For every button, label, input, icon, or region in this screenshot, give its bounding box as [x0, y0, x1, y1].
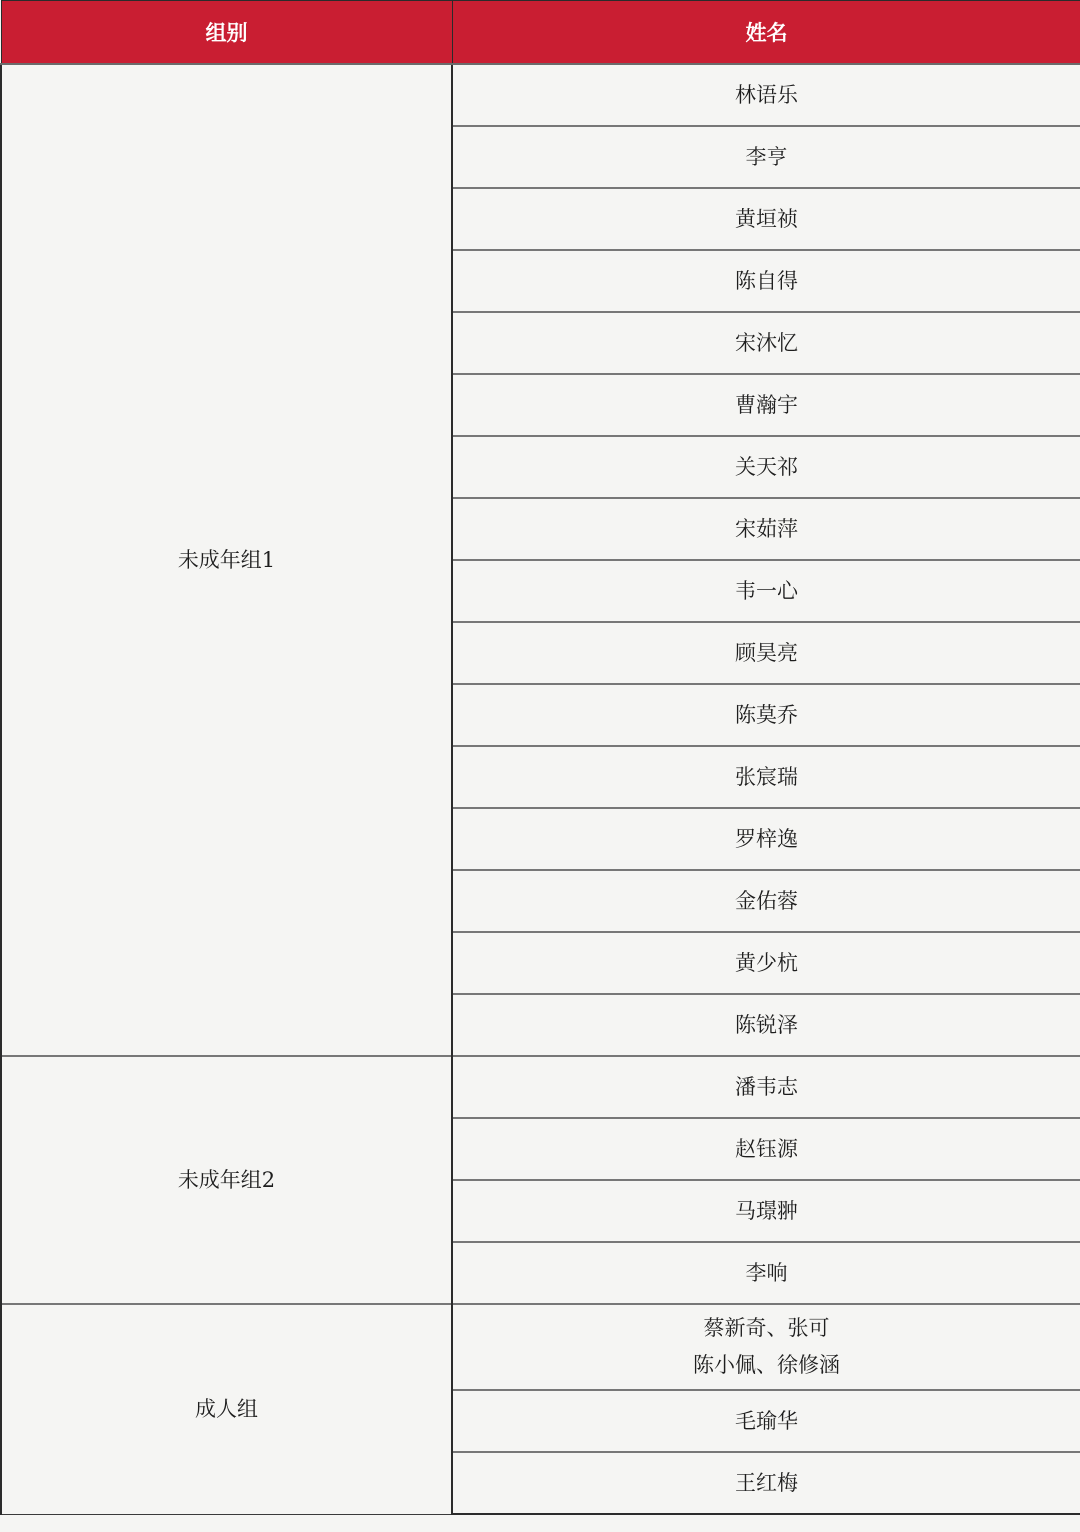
- name-cell: 马璟翀: [452, 1180, 1080, 1242]
- name-cell: 韦一心: [452, 560, 1080, 622]
- award-roster-table: 组别 姓名 未成年组1 林语乐 李亨 黄垣祯 陈自得 宋沐忆 曹瀚宇 关天祁 宋…: [0, 0, 1080, 1515]
- name-cell: 李亨: [452, 126, 1080, 188]
- name-cell: 林语乐: [452, 64, 1080, 126]
- name-cell: 李响: [452, 1242, 1080, 1304]
- name-cell: 金佑蓉: [452, 870, 1080, 932]
- name-cell-multi: 蔡新奇、张可 陈小佩、徐修涵: [452, 1304, 1080, 1390]
- name-cell: 毛瑜华: [452, 1390, 1080, 1452]
- name-cell: 陈锐泽: [452, 994, 1080, 1056]
- name-line: 陈小佩、徐修涵: [453, 1347, 1080, 1384]
- name-cell: 王红梅: [452, 1452, 1080, 1514]
- table-row: 成人组 蔡新奇、张可 陈小佩、徐修涵: [1, 1304, 1080, 1390]
- name-cell: 潘韦志: [452, 1056, 1080, 1118]
- group-cell-minor-1: 未成年组1: [1, 64, 452, 1056]
- table-row: 未成年组1 林语乐: [1, 64, 1080, 126]
- header-name: 姓名: [452, 1, 1080, 65]
- name-cell: 黄垣祯: [452, 188, 1080, 250]
- group-cell-adult: 成人组: [1, 1304, 452, 1514]
- name-line: 蔡新奇、张可: [453, 1310, 1080, 1347]
- table-row: 未成年组2 潘韦志: [1, 1056, 1080, 1118]
- name-cell: 陈莫乔: [452, 684, 1080, 746]
- name-cell: 关天祁: [452, 436, 1080, 498]
- name-cell: 赵钰源: [452, 1118, 1080, 1180]
- name-cell: 张宸瑞: [452, 746, 1080, 808]
- name-cell: 黄少杭: [452, 932, 1080, 994]
- name-cell: 宋沐忆: [452, 312, 1080, 374]
- name-cell: 陈自得: [452, 250, 1080, 312]
- name-cell: 顾昊亮: [452, 622, 1080, 684]
- header-group: 组别: [1, 1, 452, 65]
- name-cell: 曹瀚宇: [452, 374, 1080, 436]
- header-row: 组别 姓名: [1, 1, 1080, 65]
- name-cell: 宋茹萍: [452, 498, 1080, 560]
- name-cell: 罗梓逸: [452, 808, 1080, 870]
- group-cell-minor-2: 未成年组2: [1, 1056, 452, 1304]
